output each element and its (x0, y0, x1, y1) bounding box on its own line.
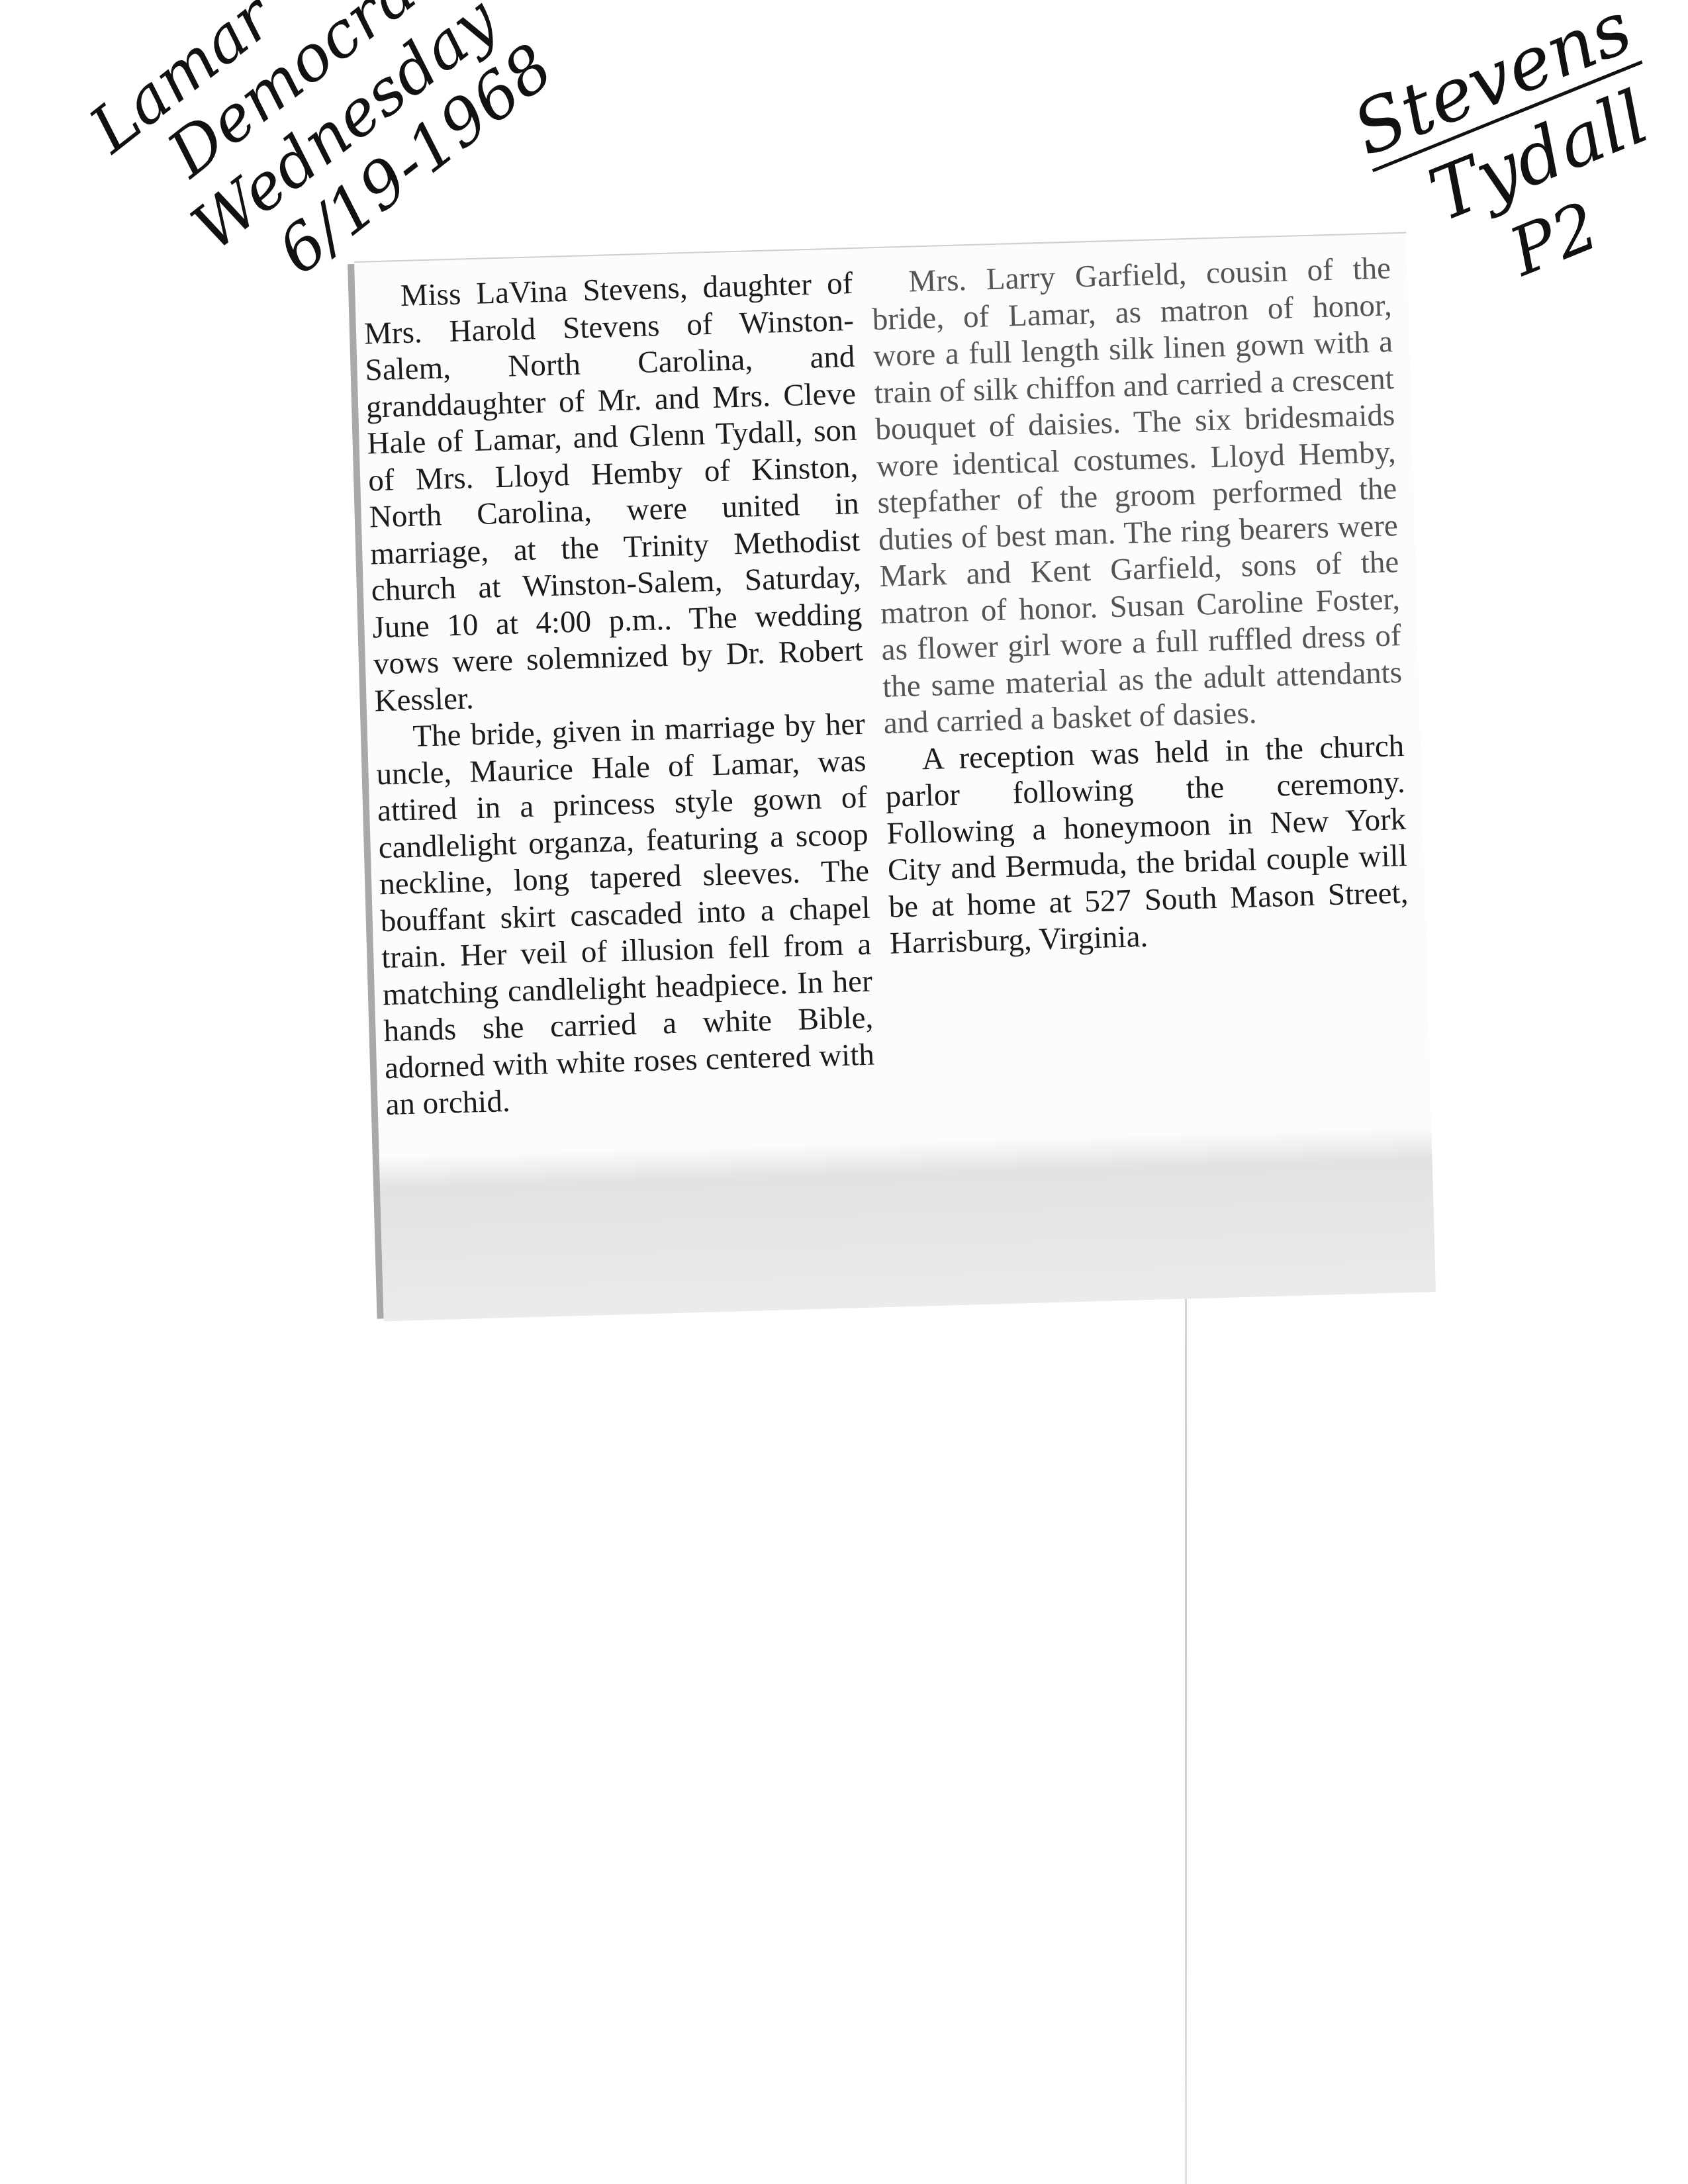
clipping-right-column: Mrs. Larry Garfield, cousin of the bride… (870, 250, 1409, 962)
scanner-artifact-line (1185, 1165, 1187, 2184)
clipping-left-column: Miss LaVina Stevens, daughter of Mrs. Ha… (363, 265, 876, 1124)
newspaper-clipping: Miss LaVina Stevens, daughter of Mrs. Ha… (354, 232, 1436, 1322)
paragraph-reception: A reception was held in the church parlo… (884, 728, 1410, 963)
paragraph-bride-attire: The bride, given in marriage by her uncl… (375, 706, 876, 1124)
paragraph-attendants: Mrs. Larry Garfield, cousin of the bride… (870, 250, 1403, 742)
paragraph-wedding-announcement: Miss LaVina Stevens, daughter of Mrs. Ha… (363, 265, 865, 719)
